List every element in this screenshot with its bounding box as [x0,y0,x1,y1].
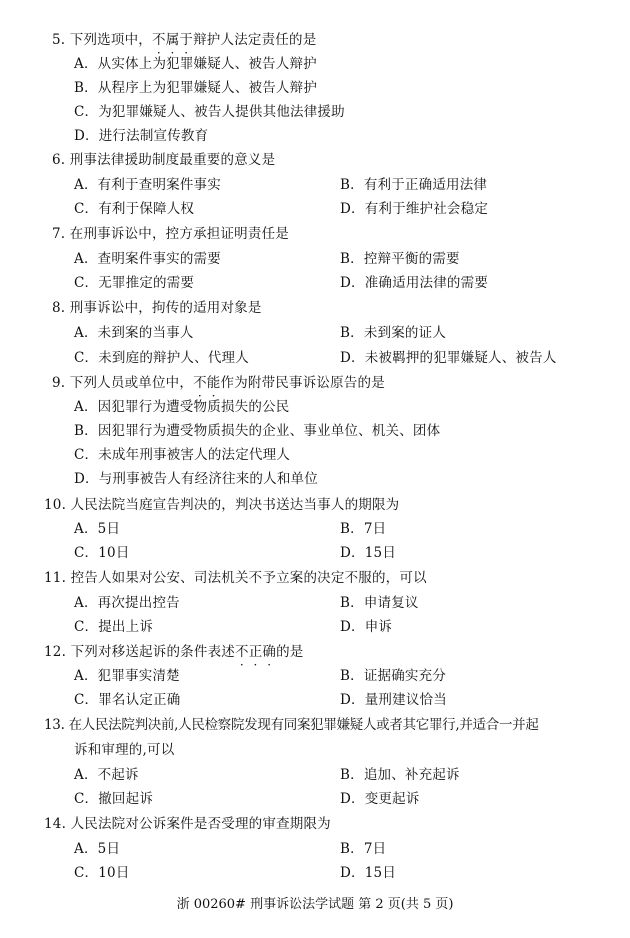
option-d: D．量刑建议恰当 [340,691,447,709]
option-label: A． [74,767,98,783]
stem-text: 在人民法院判决前,人民检察院发现有同案犯罪嫌疑人或者其它罪行,并适合一并起 [69,717,539,733]
option-text: 为犯罪嫌疑人、被告人提供其他法律援助 [98,104,345,120]
stem-text: 辩护人法定责任的是 [193,32,316,48]
option-c: C．罪名认定正确 [74,691,180,709]
option-label: B． [340,521,364,537]
option-c: C．未成年刑事被害人的法定代理人 [74,446,290,464]
option-text: 未到案的当事人 [98,325,194,341]
option-a: A．未到案的当事人 [74,324,194,342]
option-b: B．证据确实充分 [340,667,446,685]
option-a: A．犯罪事实清楚 [74,667,180,685]
question-12-stem: 12. 下列对移送起诉的条件表述不正确的是 [44,643,304,661]
question-number: 5. [52,32,65,48]
option-text: 犯罪事实清楚 [98,668,180,684]
option-a: A．5日 [74,840,120,858]
option-label: D． [74,471,99,487]
option-text: 控辩平衡的需要 [364,251,460,267]
option-b: B．控辩平衡的需要 [340,250,460,268]
option-label: C． [74,545,98,561]
option-b: B．有利于正确适用法律 [340,176,487,194]
option-c: C．未到庭的辩护人、代理人 [74,349,249,367]
option-text: 有利于维护社会稳定 [365,201,488,217]
option-text: 提出上诉 [98,619,153,635]
question-11-stem: 11. 控告人如果对公安、司法机关不予立案的决定不服的，可以 [44,569,427,587]
option-text: 证据确实充分 [364,668,446,684]
emphasis-char: 不 [235,644,249,660]
option-a: A．因犯罪行为遭受物质损失的公民 [74,398,289,416]
option-d: D．15日 [340,544,396,562]
option-b: B．追加、补充起诉 [340,766,460,784]
question-number: 9. [52,375,65,391]
option-label: C． [74,350,98,366]
option-label: B． [340,841,364,857]
stem-text: 诉和审理的,可以 [74,742,174,758]
option-label: C． [74,201,98,217]
option-label: B． [340,251,364,267]
option-a: A．从实体上为犯罪嫌疑人、被告人辩护 [74,55,317,73]
option-label: A． [74,668,98,684]
stem-text: 刑事法律援助制度最重要的意义是 [70,152,276,168]
question-number: 14. [44,816,66,832]
option-c: C．10日 [74,864,130,882]
emphasis-char: 属 [166,32,180,48]
page-footer: 浙 00260# 刑事诉讼法学试题 第 2 页(共 5 页) [0,893,630,912]
option-c: C．为犯罪嫌疑人、被告人提供其他法律援助 [74,103,345,121]
question-number: 10. [44,497,66,513]
question-9-stem: 9. 下列人员或单位中，不能作为附带民事诉讼原告的是 [52,374,385,392]
option-d: D．有利于维护社会稳定 [340,200,488,218]
option-a: A．不起诉 [74,766,139,784]
option-text: 有利于正确适用法律 [364,177,487,193]
option-label: A． [74,177,98,193]
option-label: B． [340,177,364,193]
option-b: B．7日 [340,520,386,538]
option-text: 7日 [364,521,387,537]
option-d: D．15日 [340,864,396,882]
emphasis-char: 不 [193,375,207,391]
question-7-stem: 7. 在刑事诉讼中，控方承担证明责任是 [52,225,289,243]
option-text: 15日 [365,545,396,561]
stem-text: 的是 [276,644,303,660]
option-text: 从实体上为犯罪嫌疑人、被告人辩护 [98,56,317,72]
option-d: D．未被羁押的犯罪嫌疑人、被告人 [340,349,557,367]
stem-text: 下列选项中， [70,32,152,48]
option-label: B． [340,668,364,684]
option-text: 未到庭的辩护人、代理人 [98,350,249,366]
option-text: 有利于查明案件事实 [98,177,221,193]
emphasis-char: 不 [152,32,166,48]
question-10-stem: 10. 人民法院当庭宣告判决的，判决书送达当事人的期限为 [44,496,399,514]
question-6-stem: 6. 刑事法律援助制度最重要的意义是 [52,151,275,169]
option-label: B． [340,767,364,783]
option-label: B． [74,80,98,96]
option-text: 不起诉 [98,767,139,783]
option-b: B．7日 [340,840,386,858]
option-label: A． [74,325,98,341]
stem-text: 控告人如果对公安、司法机关不予立案的决定不服的，可以 [71,570,427,586]
option-label: A． [74,251,98,267]
option-label: C． [74,275,98,291]
option-text: 10日 [98,545,129,561]
option-text: 因犯罪行为遭受物质损失的企业、事业单位、机关、团体 [98,423,441,439]
option-text: 从程序上为犯罪嫌疑人、被告人辩护 [98,80,317,96]
option-text: 与刑事被告人有经济往来的人和单位 [99,471,318,487]
option-a: A．有利于查明案件事实 [74,176,221,194]
option-label: B． [74,423,98,439]
option-text: 再次提出控告 [98,595,180,611]
stem-text: 作为附带民事诉讼原告的是 [221,375,385,391]
option-text: 罪名认定正确 [98,692,180,708]
option-label: C． [74,104,98,120]
option-text: 10日 [98,865,129,881]
stem-text: 人民法院当庭宣告判决的，判决书送达当事人的期限为 [71,497,400,513]
option-text: 未被羁押的犯罪嫌疑人、被告人 [365,350,557,366]
question-5-stem: 5. 下列选项中，不属于辩护人法定责任的是 [52,31,316,49]
option-b: B．申请复议 [340,594,419,612]
question-number: 11. [44,570,66,586]
option-text: 未到案的证人 [364,325,446,341]
option-label: D． [340,865,365,881]
question-number: 6. [52,152,65,168]
question-8-stem: 8. 刑事诉讼中，拘传的适用对象是 [52,299,262,317]
option-label: C． [74,447,98,463]
option-b: B．因犯罪行为遭受物质损失的企业、事业单位、机关、团体 [74,422,440,440]
option-a: A．再次提出控告 [74,594,180,612]
option-text: 量刑建议恰当 [365,692,447,708]
stem-text: 下列人员或单位中， [70,375,193,391]
option-a: A．查明案件事实的需要 [74,250,221,268]
option-d: D．进行法制宣传教育 [74,127,208,145]
option-text: 追加、补充起诉 [364,767,460,783]
option-label: D． [340,350,365,366]
option-text: 申请复议 [364,595,419,611]
option-text: 撤回起诉 [98,791,153,807]
question-number: 12. [44,644,66,660]
question-13-stem-continued: 诉和审理的,可以 [74,741,174,759]
emphasis-char: 于 [179,32,193,48]
stem-text: 下列对移送起诉的条件表述 [71,644,235,660]
question-number: 13. [44,717,65,733]
option-b: B．从程序上为犯罪嫌疑人、被告人辩护 [74,79,317,97]
option-label: D． [340,201,365,217]
option-text: 无罪推定的需要 [98,275,194,291]
option-label: D． [340,275,365,291]
emphasis-char: 能 [207,375,221,391]
option-text: 变更起诉 [365,791,420,807]
stem-text: 刑事诉讼中，拘传的适用对象是 [70,300,262,316]
option-label: D． [340,545,365,561]
stem-text: 人民法院对公诉案件是否受理的审查期限为 [71,816,331,832]
option-text: 5日 [98,841,121,857]
option-label: A． [74,521,98,537]
option-text: 有利于保障人权 [98,201,194,217]
option-d: D．变更起诉 [340,790,420,808]
option-label: C． [74,791,98,807]
option-label: A． [74,399,98,415]
question-number: 7. [52,226,65,242]
option-label: C． [74,865,98,881]
question-14-stem: 14. 人民法院对公诉案件是否受理的审查期限为 [44,815,331,833]
option-text: 因犯罪行为遭受物质损失的公民 [98,399,290,415]
option-label: B． [340,325,364,341]
option-text: 7日 [364,841,387,857]
option-a: A．5日 [74,520,120,538]
option-label: D． [340,692,365,708]
stem-text: 在刑事诉讼中，控方承担证明责任是 [70,226,289,242]
option-d: D．与刑事被告人有经济往来的人和单位 [74,470,318,488]
option-label: A． [74,841,98,857]
option-text: 15日 [365,865,396,881]
option-c: C．有利于保障人权 [74,200,194,218]
question-number: 8. [52,300,65,316]
option-text: 进行法制宣传教育 [99,128,209,144]
emphasis-char: 正 [249,644,263,660]
option-label: C． [74,619,98,635]
emphasis-char: 确 [262,644,276,660]
option-label: D． [340,791,365,807]
option-c: C．撤回起诉 [74,790,153,808]
option-d: D．申诉 [340,618,392,636]
exam-page: 5. 下列选项中，不属于辩护人法定责任的是 A．从实体上为犯罪嫌疑人、被告人辩护… [0,0,630,938]
option-text: 未成年刑事被害人的法定代理人 [98,447,290,463]
option-label: D． [340,619,365,635]
option-label: D． [74,128,99,144]
option-c: C．无罪推定的需要 [74,274,194,292]
option-c: C．10日 [74,544,130,562]
option-text: 5日 [98,521,121,537]
option-label: A． [74,595,98,611]
option-text: 准确适用法律的需要 [365,275,488,291]
option-d: D．准确适用法律的需要 [340,274,488,292]
option-label: A． [74,56,98,72]
option-text: 申诉 [365,619,392,635]
option-c: C．提出上诉 [74,618,153,636]
option-b: B．未到案的证人 [340,324,446,342]
option-text: 查明案件事实的需要 [98,251,221,267]
option-label: C． [74,692,98,708]
option-label: B． [340,595,364,611]
question-13-stem: 13. 在人民法院判决前,人民检察院发现有同案犯罪嫌疑人或者其它罪行,并适合一并… [44,716,539,734]
